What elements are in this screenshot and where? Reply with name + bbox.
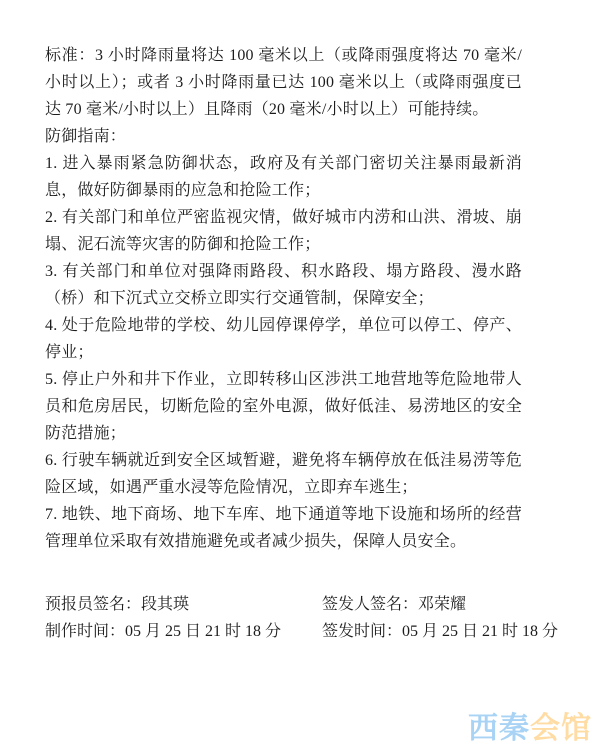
guide-item-4: 4. 处于危险地带的学校、幼儿园停课停学，单位可以停工、停产、停业； — [45, 312, 522, 366]
watermark-part-orange: 会馆 — [530, 712, 592, 745]
signature-block: 预报员签名：段其瑛 签发人签名：邓荣耀 制作时间：05 月 25 日 21 时 … — [45, 591, 522, 645]
forecaster-signature: 预报员签名：段其瑛 — [45, 591, 322, 618]
issuer-signature: 签发人签名：邓荣耀 — [322, 591, 558, 618]
guide-item-5: 5. 停止户外和井下作业，立即转移山区涉洪工地营地等危险地带人员和危房居民，切断… — [45, 366, 522, 447]
guide-item-3: 3. 有关部门和单位对强降雨路段、积水路段、塌方路段、漫水路（桥）和下沉式立交桥… — [45, 258, 522, 312]
guide-item-6: 6. 行驶车辆就近到安全区域暂避，避免将车辆停放在低洼易涝等危险区域，如遇严重水… — [45, 447, 522, 501]
guide-item-1: 1. 进入暴雨紧急防御状态，政府及有关部门密切关注暴雨最新消息，做好防御暴雨的应… — [45, 150, 522, 204]
issue-time: 签发时间：05 月 25 日 21 时 18 分 — [322, 618, 558, 645]
watermark: 西秦会馆 — [468, 714, 592, 744]
warning-criteria-paragraph: 标准：3 小时降雨量将达 100 毫米以上（或降雨强度将达 70 毫米/小时以上… — [45, 42, 522, 123]
guide-item-7: 7. 地铁、地下商场、地下车库、地下通道等地下设施和场所的经营管理单位采取有效措… — [45, 501, 522, 555]
watermark-part-blue: 西秦 — [468, 712, 530, 745]
guide-item-2: 2. 有关部门和单位严密监视灾情，做好城市内涝和山洪、滑坡、崩塌、泥石流等灾害的… — [45, 204, 522, 258]
made-time: 制作时间：05 月 25 日 21 时 18 分 — [45, 618, 322, 645]
defense-guide-title: 防御指南： — [45, 123, 522, 150]
rainstorm-warning-document: 标准：3 小时降雨量将达 100 毫米以上（或降雨强度将达 70 毫米/小时以上… — [0, 0, 594, 750]
